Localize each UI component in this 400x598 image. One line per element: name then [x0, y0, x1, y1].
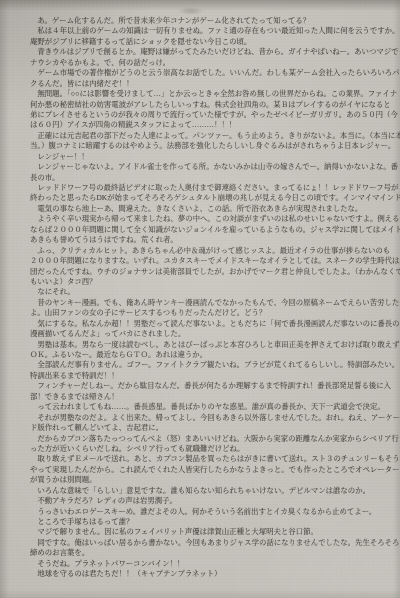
text-line: よ。山田ファンの女の子にサービスするつもりだったんだけど。どう？ — [30, 308, 396, 318]
text-line: いろんな意味で「らしい」意見ですな。誰も知らない知られちゃいけない。デビルマンは… — [30, 486, 396, 496]
text-line: は６０円）アイスが四角の精鋭スタッフによって………！！！ — [30, 120, 396, 130]
text-line: 締めのお言葉を。 — [30, 548, 396, 558]
text-line: 部！できるまでは帰さん！ — [30, 392, 396, 402]
text-line: 電気の事なら池上ーあ、間違えた。きなくさいよ、この話。所で浴衣あきらが実現されま… — [30, 204, 396, 214]
text-line: なにそれ。 — [30, 287, 396, 297]
text-line: だからカプコン落ちたっつってんべよ（怒）まあいいけどね。大阪から実家の距離なんか… — [30, 434, 396, 444]
text-line: レッドドワーフ号の最終話ビデオに取った人奥付まで御連絡ください。まってるにょ！！… — [30, 183, 396, 193]
text-line: あ。ゲーム化するんだ。所で昔未来少年コナンがゲーム化されてたって知ってる？ — [30, 16, 396, 26]
text-line: うっさいわエロゲースキーめ。誰だよその人。何かそういう名前出すとイカ臭くなるから… — [30, 507, 396, 517]
text-line: 取り敢えずＥメールで送れ。あと、カプコン製品を買ったらはがきに書いて送れ。スト３… — [30, 454, 396, 464]
text-line: って云われましてもね……。番長惑星。番長ばかりのヤな惑星。誰が真の番長か、天下一… — [30, 402, 396, 412]
text-line: ところで手塚ちはるって誰？ — [30, 517, 396, 527]
text-line: 男塾は基本。男なら一度は読むべし。あとはびーばっぷと本宮ひろしと車田正美を押さえ… — [30, 340, 396, 350]
text-line: 私は４年以上前のゲームの知識は一切有りませぬ。ファミ通の存在もつい最近知った人間… — [30, 26, 396, 36]
text-line: が買うかは別問題。 — [30, 475, 396, 485]
text-line: 長の市。 — [30, 173, 396, 183]
text-line: ゲーム市場での著作権がどうのと云う崇高なお話でした。いいんだ。わしも某ゲーム会社… — [30, 68, 396, 78]
text-line: ようやく辛い現実から帰って来ましたね、夢の中へ。この対談がまずいのは私のせいじゃ… — [30, 214, 396, 224]
text-line: った方が近いくらいだしね。シベリア行っても就職難だけどね。 — [30, 444, 396, 454]
text-line: それが男塾なのだよ。よく出来た。帰ってよし。今回もあきら以外落しませんでした。お… — [30, 413, 396, 423]
text-line: ＯＫ。ふるいなー。最近ならＧＴＯ。あれは違うか。 — [30, 350, 396, 360]
text-line: 団だったんですね。ウチのジョナサンは美術部員でしたが。おかげでマーク君と仲良しで… — [30, 267, 396, 277]
text-line: 青きウルはジブリで創るとか。庵野は嫌がってたみたいだけどね、昔から。ガイナやばい… — [30, 47, 396, 57]
text-line: 特訓出来るまで特訓だ！！ — [30, 371, 396, 381]
text-line: 弟にプレイさせるというのが我々の周りで流行っていた様ですが。やったゼベイビーガリ… — [30, 110, 396, 120]
text-line: 不動アキラだろ？レディの声は岩男潤子。 — [30, 496, 396, 506]
text-line: 昔のヤンキー漫画。でも、俺あん時ヤンキー漫画読んでなかったもんで、今回の原稿ネー… — [30, 298, 396, 308]
text-line: そうだね。プラネットパワーコンバイン！！ — [30, 559, 396, 569]
text-line: 気にするな。私なんか超！！男塾だって読んだ事ないよ。ともだちに「何で番長漫画読ん… — [30, 319, 396, 329]
text-line: やって実現したんだから。これ読んでくれた人皆実行したらかなうよきっと。でも作った… — [30, 465, 396, 475]
text-line: 全部読んだ事有りません。ゴフー。ファイトクラブ観たいね。ブラピが荒くれてるらしい… — [30, 360, 396, 370]
text-line: ド版作れって頼んどいてよ、吉起君に。 — [30, 423, 396, 433]
scan-smudge — [178, 7, 204, 15]
text-line: 無問題。「○○には影響を受けまして…」とか云っときゃ全然お咎め無しの世界だからね… — [30, 89, 396, 99]
text-line: 地球を守るのは君たちだ！！（キャプテンプラネット） — [30, 569, 396, 579]
text-line: ナウシカやるかもよ。で、何の話だっけ。 — [30, 58, 396, 68]
text-line: ふっ、クリティカルヒット。あきらちゃん必中＆魂がけって感じッスよ。最近オイラの仕… — [30, 246, 396, 256]
text-line: 漫画描いてるんだよ」ってバカにされました。 — [30, 329, 396, 339]
text-line: クるんだ。皆には内緒だぞ！！ — [30, 79, 396, 89]
text-line: レンジャーじゃないよ。アイドル雀士を作ってる所。かないみかは山寺の嫁さんでー。納… — [30, 162, 396, 172]
text-line: あきらも誉めてうはうはですね。荒くれ者。 — [30, 235, 396, 245]
text-line: ならば２０００年問題に関して全く知識がないジョンイルを雇っているようなもの。ジャ… — [30, 225, 396, 235]
text-line: ２０００年問題になりますな。いずれ。ユカタスキーでメイドスキーなオイラとしては。… — [30, 256, 396, 266]
text-line: レンジャー！！ — [30, 152, 396, 162]
text-line: マジで解りません。因に私のフェイバリット声優は津賀山正種と大塚明夫と谷口節。 — [30, 527, 396, 537]
text-block: あ。ゲーム化するんだ。所で昔未来少年コナンがゲーム化されてたって知ってる？ 私は… — [30, 16, 396, 580]
text-line: 終わったと思ったらDKが始まってそろそろゲシュタルト崩壊の兆しが見える今日この頃… — [30, 193, 396, 203]
text-line: 同ですな。俺はいっぱい居るから書かない。今回もあまりジャス学の話になりませんでし… — [30, 538, 396, 548]
text-line: もいいよ）タコ西？ — [30, 277, 396, 287]
text-line: フィンチャーだしねー。だから駄目なんだ。番長が何たるか理解するまで特訓すれ！番長… — [30, 381, 396, 391]
text-line: 正確には元吉起君の部下だった人達によって。パンツァー。もう止めよう。きりがないよ… — [30, 131, 396, 141]
text-line: 当。）腹コナミに暗躍するのはやめよう。法務部を強化したらしいし身ぐるみはがされち… — [30, 141, 396, 151]
text-line: 庵野がジブリに移籍するって話にショックを隠せない今日この頃。 — [30, 37, 396, 47]
scanned-page: あ。ゲーム化するんだ。所で昔未来少年コナンがゲーム化されてたって知ってる？ 私は… — [0, 0, 400, 598]
text-line: 何か悪の秘密結社の妨害電波がアレしたらしいっすね。株式会社四角の。某Ｂはプレイす… — [30, 100, 396, 110]
